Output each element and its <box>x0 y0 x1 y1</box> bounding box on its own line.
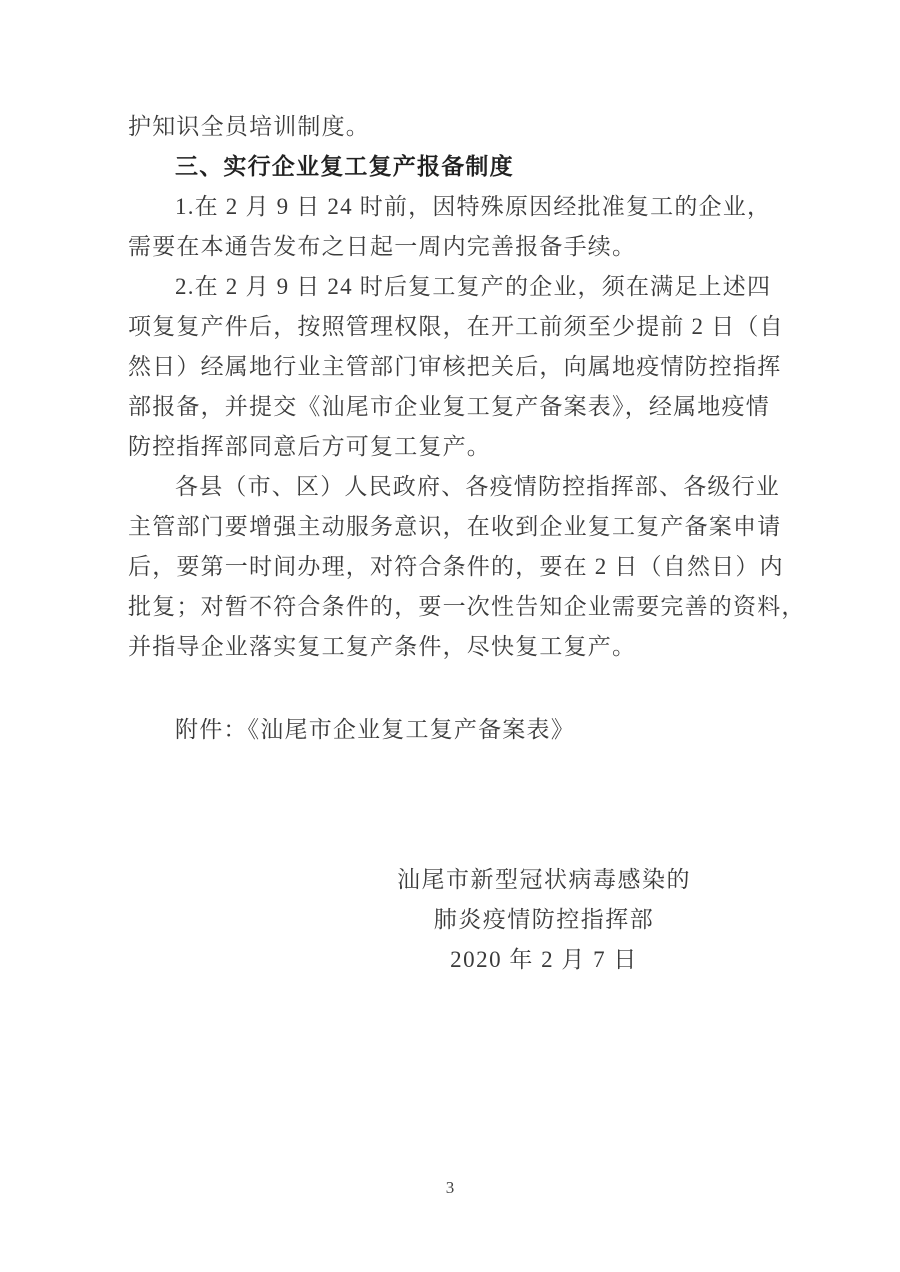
page-number: 3 <box>0 1178 900 1198</box>
document-line: 护知识全员培训制度。 <box>128 107 788 147</box>
document-line: 部报备，并提交《汕尾市企业复工复产备案表》，经属地疫情 <box>128 387 788 427</box>
document-line: 2.在 2 月 9 日 24 时后复工复产的企业，须在满足上述四 <box>128 267 788 307</box>
document-line: 然日）经属地行业主管部门审核把关后，向属地疫情防控指挥 <box>128 347 788 387</box>
document-line: 主管部门要增强主动服务意识，在收到企业复工复产备案申请 <box>128 507 788 547</box>
document-body: 护知识全员培训制度。三、实行企业复工复产报备制度1.在 2 月 9 日 24 时… <box>128 107 788 667</box>
signature-block: 汕尾市新型冠状病毒感染的 肺炎疫情防控指挥部 2020 年 2 月 7 日 <box>384 860 704 980</box>
document-line: 各县（市、区）人民政府、各疫情防控指挥部、各级行业 <box>128 467 788 507</box>
document-line: 后，要第一时间办理，对符合条件的，要在 2 日（自然日）内 <box>128 547 788 587</box>
document-page: 护知识全员培训制度。三、实行企业复工复产报备制度1.在 2 月 9 日 24 时… <box>0 0 900 1272</box>
section-heading: 三、实行企业复工复产报备制度 <box>128 147 788 187</box>
document-line: 1.在 2 月 9 日 24 时前，因特殊原因经批准复工的企业， <box>128 187 788 227</box>
document-line: 批复；对暂不符合条件的，要一次性告知企业需要完善的资料， <box>128 587 788 627</box>
signature-org-line-2: 肺炎疫情防控指挥部 <box>384 900 704 940</box>
signature-date: 2020 年 2 月 7 日 <box>384 940 704 980</box>
document-line: 防控指挥部同意后方可复工复产。 <box>128 427 788 467</box>
document-line: 并指导企业落实复工复产条件，尽快复工复产。 <box>128 627 788 667</box>
document-line: 项复复产件后，按照管理权限，在开工前须至少提前 2 日（自 <box>128 307 788 347</box>
attachment-line: 附件：《汕尾市企业复工复产备案表》 <box>128 710 788 750</box>
document-line: 需要在本通告发布之日起一周内完善报备手续。 <box>128 227 788 267</box>
signature-org-line-1: 汕尾市新型冠状病毒感染的 <box>384 860 704 900</box>
attachment-section: 附件：《汕尾市企业复工复产备案表》 <box>128 710 788 750</box>
